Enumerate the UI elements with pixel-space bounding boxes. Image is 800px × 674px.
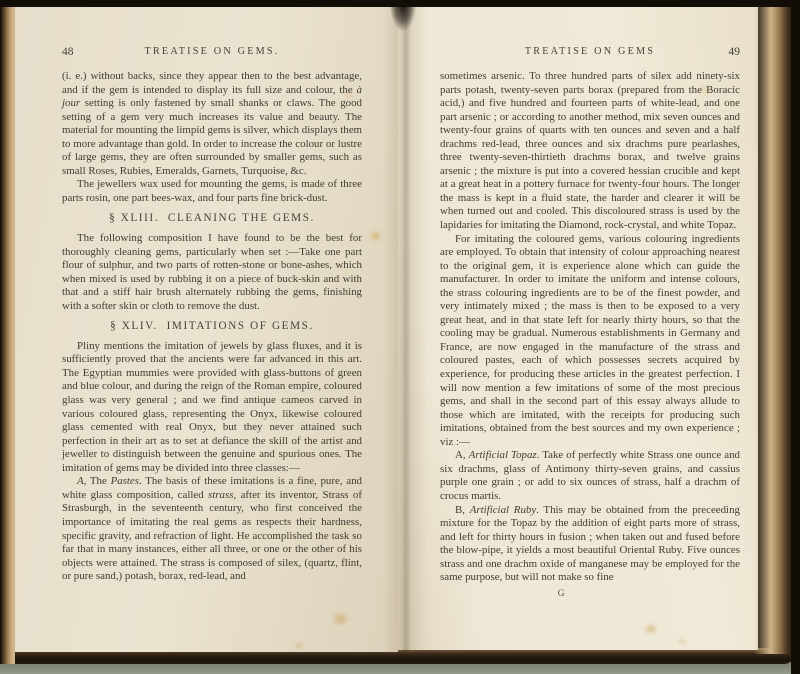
book-cover-left-edge: [0, 0, 15, 664]
paragraph: A, The Pastes. The basis of these imitat…: [62, 475, 362, 583]
left-running-title: TREATISE ON GEMS.: [62, 46, 362, 57]
paragraph: B, Artificial Ruby. This may be obtained…: [440, 504, 740, 585]
left-page-content: 48 TREATISE ON GEMS. (i. e.) without bac…: [62, 46, 362, 584]
foxing-spot: [679, 639, 685, 644]
right-page-edge: [754, 6, 794, 654]
right-running-title: TREATISE ON GEMS: [440, 46, 740, 57]
photo-frame-top: [0, 0, 800, 7]
signature-mark: G: [440, 588, 740, 602]
paragraph: (i. e.) without backs, since they appear…: [62, 70, 362, 178]
photo-frame-right: [791, 0, 800, 674]
book-gutter-shadow: [382, 6, 428, 652]
right-page-body: sometimes arsenic. To three hundred part…: [440, 70, 740, 601]
paragraph: A, Artificial Topaz. Take of perfectly w…: [440, 449, 740, 503]
foxing-spot: [646, 625, 656, 633]
foxing-spot: [295, 643, 302, 649]
paragraph: Pliny mentions the imitation of jewels b…: [62, 340, 362, 475]
paragraph: sometimes arsenic. To three hundred part…: [440, 70, 740, 233]
right-page-content: TREATISE ON GEMS 49 sometimes arsenic. T…: [440, 46, 740, 601]
left-running-header: 48 TREATISE ON GEMS.: [62, 46, 362, 61]
paragraph: The following composition I have found t…: [62, 232, 362, 313]
spine-top-shadow: [390, 5, 416, 31]
paragraph: For imitating the coloured gems, various…: [440, 233, 740, 450]
section-heading: § XLIV. IMITATIONS OF GEMS.: [62, 320, 362, 334]
left-page-number: 48: [62, 46, 74, 58]
left-page-body: (i. e.) without backs, since they appear…: [62, 70, 362, 584]
right-page-number: 49: [729, 46, 741, 58]
section-heading: § XLIII. CLEANING THE GEMS.: [62, 212, 362, 226]
foxing-spot: [371, 232, 380, 240]
foxing-spot: [334, 614, 347, 624]
paragraph: The jewellers wax used for mounting the …: [62, 178, 362, 205]
right-running-header: TREATISE ON GEMS 49: [440, 46, 740, 61]
